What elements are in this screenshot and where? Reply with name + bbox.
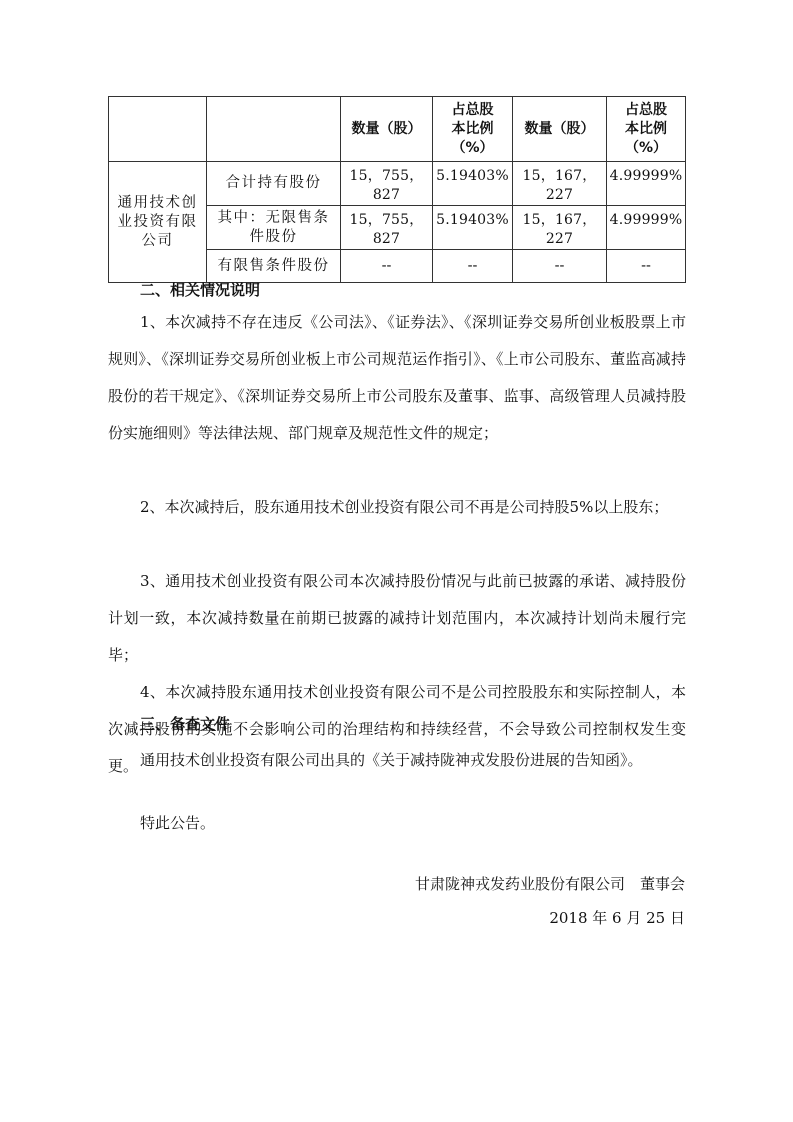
section3-heading: 三、备查文件 xyxy=(140,713,230,734)
after-pct: -- xyxy=(607,250,686,283)
table-row: 通用技术创 业投资有限 公司 合计持有股份 15，755，827 5.19403… xyxy=(109,162,686,206)
table-header-row: 数量（股） 占总股 本比例 （%） 数量（股） 占总股 本比例 （%） xyxy=(109,97,686,162)
row-label: 合计持有股份 xyxy=(207,162,341,206)
after-shares: 15，167，227 xyxy=(513,162,607,206)
signature-company: 甘肃陇神戎发药业股份有限公司 董事会 xyxy=(415,873,685,894)
row-label: 有限售条件股份 xyxy=(207,250,341,283)
header-empty-2 xyxy=(207,97,341,162)
before-pct: 5.19403% xyxy=(433,162,513,206)
section3-text: 通用技术创业投资有限公司出具的《关于减持陇神戎发股份进展的告知函》。 xyxy=(140,749,643,770)
shareholder-name: 通用技术创 业投资有限 公司 xyxy=(109,162,207,283)
after-shares: 15，167，227 xyxy=(513,206,607,250)
after-pct: 4.99999% xyxy=(607,162,686,206)
section2-heading: 二、相关情况说明 xyxy=(140,279,260,300)
header-before-pct: 占总股 本比例 （%） xyxy=(433,97,513,162)
header-after-shares: 数量（股） xyxy=(513,97,607,162)
before-pct: -- xyxy=(433,250,513,283)
closing-text: 特此公告。 xyxy=(140,812,215,833)
before-pct: 5.19403% xyxy=(433,206,513,250)
signature-date: 2018 年 6 月 25 日 xyxy=(549,907,685,928)
section2-item-3: 3、通用技术创业投资有限公司本次减持股份情况与此前已披露的承诺、减持股份计划一致… xyxy=(108,563,686,674)
section2-item-1: 1、本次减持不存在违反《公司法》、《证券法》、《深圳证券交易所创业板股票上市规则… xyxy=(108,304,686,452)
header-empty-1 xyxy=(109,97,207,162)
after-shares: -- xyxy=(513,250,607,283)
header-before-shares: 数量（股） xyxy=(341,97,433,162)
shareholding-table: 数量（股） 占总股 本比例 （%） 数量（股） 占总股 本比例 （%） 通用技术… xyxy=(108,96,686,283)
after-pct: 4.99999% xyxy=(607,206,686,250)
header-after-pct: 占总股 本比例 （%） xyxy=(607,97,686,162)
row-label: 其中：无限售条 件股份 xyxy=(207,206,341,250)
section2-item-2: 2、本次减持后，股东通用技术创业投资有限公司不再是公司持股5%以上股东； xyxy=(108,489,686,526)
before-shares: 15，755，827 xyxy=(341,206,433,250)
before-shares: -- xyxy=(341,250,433,283)
before-shares: 15，755，827 xyxy=(341,162,433,206)
